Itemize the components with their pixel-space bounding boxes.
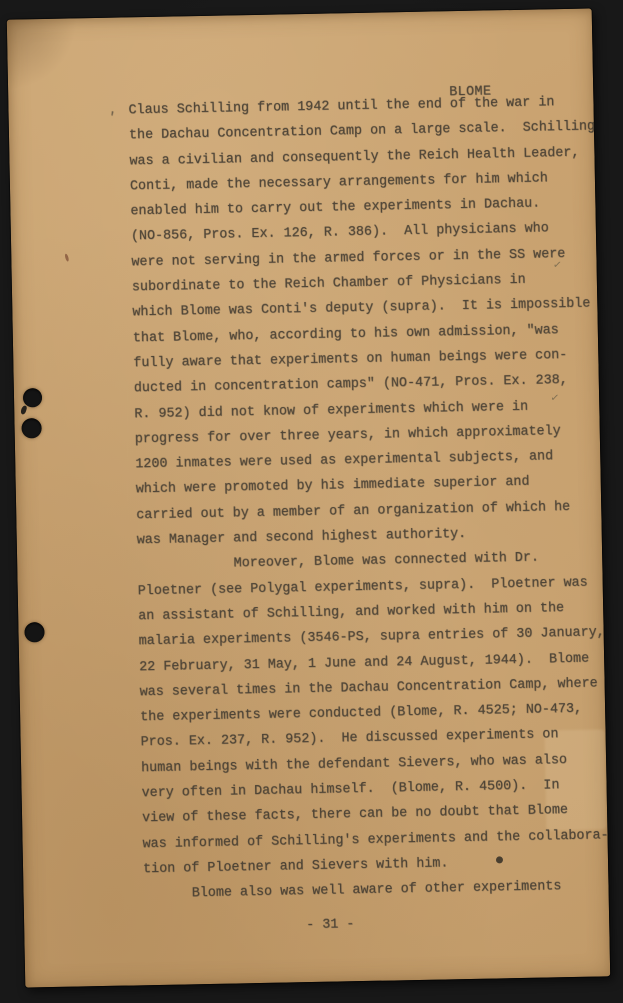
stray-tick-mark: ' bbox=[106, 109, 117, 125]
pencil-comma-mark bbox=[20, 405, 27, 415]
document-page: BLOME Claus Schilling from 1942 until th… bbox=[7, 8, 610, 987]
red-speck-mark bbox=[64, 253, 69, 262]
punch-hole-top-1 bbox=[23, 388, 42, 407]
punch-hole-middle bbox=[24, 622, 44, 642]
pencil-checkmark-2: ✓ bbox=[550, 392, 559, 405]
punch-hole-top-2 bbox=[21, 418, 41, 438]
pencil-checkmark-1: ✓ bbox=[553, 259, 562, 272]
ink-dot-mark bbox=[496, 856, 503, 863]
scanned-document-view: { "document": { "header": "BLOME", "body… bbox=[0, 0, 623, 1003]
page-number: - 31 - bbox=[306, 918, 354, 933]
document-body-text: Claus Schilling from 1942 until the end … bbox=[128, 89, 610, 907]
